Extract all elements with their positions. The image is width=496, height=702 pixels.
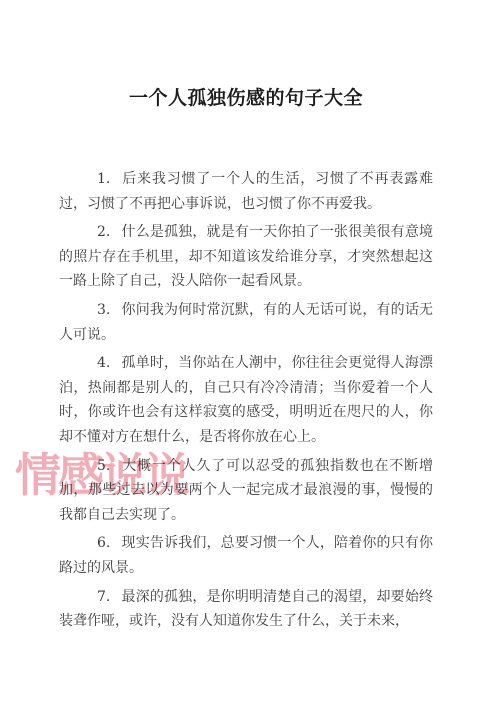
- sentence-item: 4.孤单时，当你站在人潮中，你往往会更觉得人海漂泊，热闹都是别人的，自己只有冷冷…: [59, 351, 433, 449]
- sentence-number: 1.: [97, 171, 110, 187]
- sentence-text: 最深的孤独，是你明明清楚自己的渴望，却要始终装聋作哑，或许，没有人知道你发生了什…: [59, 589, 433, 630]
- document-page: 情感说说 一个人孤独伤感的句子大全 1.后来我习惯了一个人的生活，习惯了不再表露…: [0, 0, 496, 702]
- sentence-number: 7.: [97, 589, 110, 605]
- sentence-text: 孤单时，当你站在人潮中，你往往会更觉得人海漂泊，热闹都是别人的，自己只有冷冷清清…: [59, 355, 433, 445]
- sentence-item: 2.什么是孤独，就是有一天你拍了一张很美很有意境的照片存在手机里，却不知道该发给…: [59, 220, 433, 294]
- sentence-number: 5.: [97, 458, 110, 474]
- sentence-item: 6.现实告诉我们，总要习惯一个人，陪着你的只有你路过的风景。: [59, 531, 433, 580]
- sentence-number: 4.: [97, 355, 110, 371]
- sentence-item: 1.后来我习惯了一个人的生活，习惯了不再表露难过，习惯了不再把心事诉说，也习惯了…: [59, 167, 433, 216]
- sentence-text: 你问我为何时常沉默，有的人无话可说，有的话无人可说。: [59, 302, 433, 343]
- sentence-item: 3.你问我为何时常沉默，有的人无话可说，有的话无人可说。: [59, 298, 433, 347]
- sentence-text: 后来我习惯了一个人的生活，习惯了不再表露难过，习惯了不再把心事诉说，也习惯了你不…: [59, 171, 433, 212]
- sentence-list: 1.后来我习惯了一个人的生活，习惯了不再表露难过，习惯了不再把心事诉说，也习惯了…: [59, 167, 433, 634]
- sentence-number: 6.: [97, 535, 110, 551]
- page-content: 一个人孤独伤感的句子大全 1.后来我习惯了一个人的生活，习惯了不再表露难过，习惯…: [0, 0, 496, 634]
- page-title: 一个人孤独伤感的句子大全: [59, 86, 433, 110]
- sentence-text: 什么是孤独，就是有一天你拍了一张很美很有意境的照片存在手机里，却不知道该发给谁分…: [59, 224, 433, 289]
- sentence-text: 大概一个人久了可以忍受的孤独指数也在不断增加，那些过去以为要两个人一起完成才最浪…: [59, 458, 433, 523]
- sentence-number: 2.: [97, 224, 110, 240]
- sentence-item: 7.最深的孤独，是你明明清楚自己的渴望，却要始终装聋作哑，或许，没有人知道你发生…: [59, 585, 433, 634]
- sentence-text: 现实告诉我们，总要习惯一个人，陪着你的只有你路过的风景。: [59, 535, 433, 576]
- sentence-number: 3.: [97, 302, 110, 318]
- sentence-item: 5.大概一个人久了可以忍受的孤独指数也在不断增加，那些过去以为要两个人一起完成才…: [59, 454, 433, 528]
